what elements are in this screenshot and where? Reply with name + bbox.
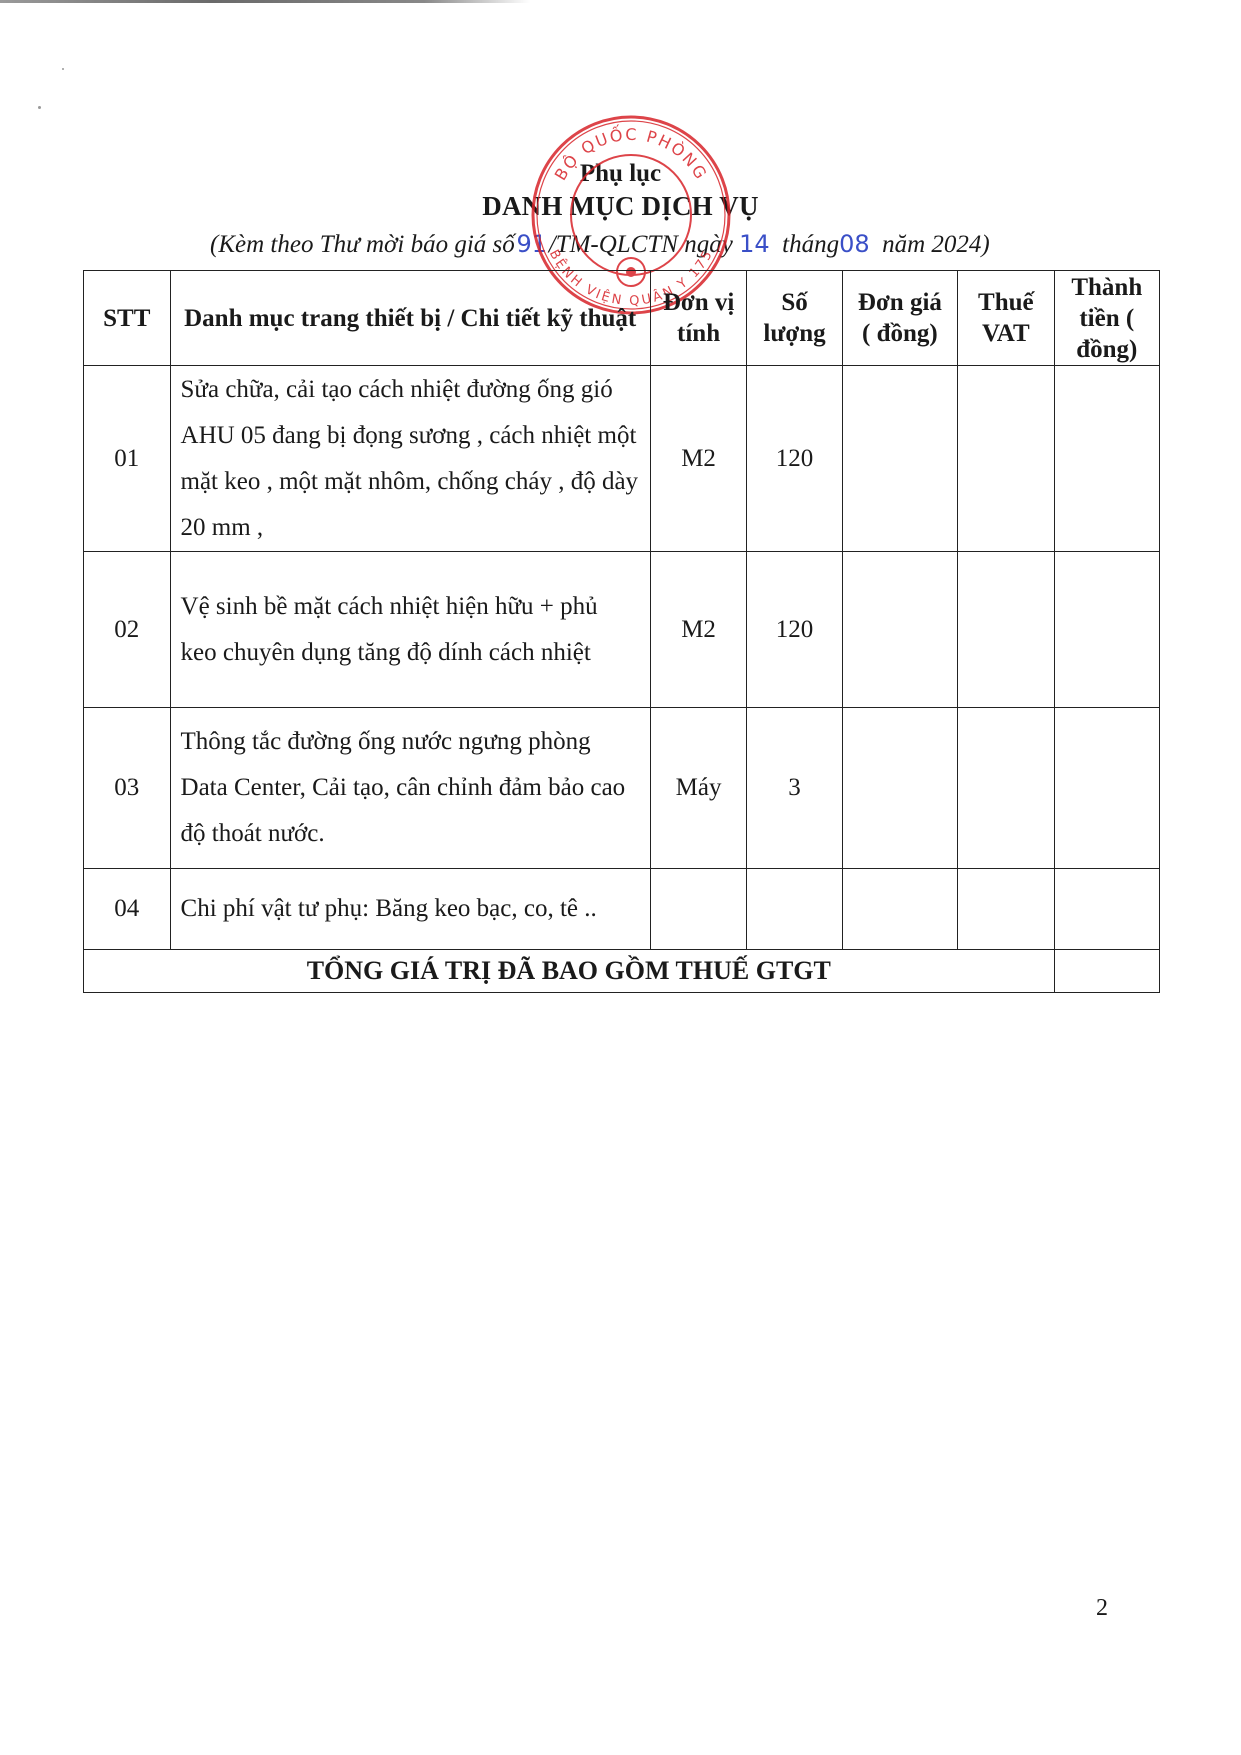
subtitle-month-label: tháng [782,231,839,258]
cell-quantity: 120 [747,552,842,708]
table-total-row: TỔNG GIÁ TRỊ ĐÃ BAO GỒM THUẾ GTGT [84,950,1160,993]
column-header-unit-price: Đơn giá ( đồng) [842,271,957,366]
column-header-amount: Thành tiền ( đồng) [1054,271,1159,366]
cell-stt: 01 [84,366,171,552]
cell-quantity: 3 [747,708,842,869]
column-header-quantity: Số lượng [747,271,842,366]
cell-amount [1054,869,1159,950]
cell-vat [958,552,1055,708]
document-subtitle: (Kèm theo Thư mời báo giá số91/TM-QLCTN … [210,230,990,259]
page-number: 2 [1096,1595,1108,1622]
handwritten-month: 08 [839,230,870,258]
service-items-table: STT Danh mục trang thiết bị / Chi tiết k… [83,270,1160,993]
column-header-stt: STT [84,271,171,366]
column-header-unit: Đơn vị tính [650,271,747,366]
document-title: DANH MỤC DỊCH VỤ [0,191,1241,222]
cell-quantity [747,869,842,950]
table-row: 03 Thông tắc đường ống nước ngưng phòng … [84,708,1160,869]
cell-amount [1054,708,1159,869]
cell-unit-price [842,366,957,552]
handwritten-day: 14 [739,230,770,258]
table-row: 04 Chi phí vật tư phụ: Băng keo bạc, co,… [84,869,1160,950]
scan-edge-artifact [0,0,530,3]
appendix-label: Phụ lục [0,160,1241,188]
scan-speck [38,106,41,109]
total-label: TỔNG GIÁ TRỊ ĐÃ BAO GỒM THUẾ GTGT [84,950,1055,993]
cell-unit: Máy [650,708,747,869]
cell-stt: 02 [84,552,171,708]
cell-vat [958,366,1055,552]
subtitle-day-label: ngày [684,231,733,258]
subtitle-ref-code: /TM-QLCTN [549,231,678,258]
cell-unit-price [842,708,957,869]
cell-unit [650,869,747,950]
scan-speck [62,68,64,70]
cell-quantity: 120 [747,366,842,552]
cell-unit-price [842,552,957,708]
cell-description: Sửa chữa, cải tạo cách nhiệt đường ống g… [170,366,650,552]
cell-unit-price [842,869,957,950]
cell-unit: M2 [650,552,747,708]
cell-vat [958,708,1055,869]
cell-description: Thông tắc đường ống nước ngưng phòng Dat… [170,708,650,869]
column-header-description: Danh mục trang thiết bị / Chi tiết kỹ th… [170,271,650,366]
handwritten-number: 91 [515,230,549,258]
column-header-vat: Thuế VAT [958,271,1055,366]
cell-stt: 04 [84,869,171,950]
cell-vat [958,869,1055,950]
table-row: 02 Vệ sinh bề mặt cách nhiệt hiện hữu + … [84,552,1160,708]
subtitle-year: năm 2024) [882,231,990,258]
cell-description: Chi phí vật tư phụ: Băng keo bạc, co, tê… [170,869,650,950]
table-row: 01 Sửa chữa, cải tạo cách nhiệt đường ốn… [84,366,1160,552]
cell-unit: M2 [650,366,747,552]
subtitle-prefix: (Kèm theo Thư mời báo giá số [210,231,515,258]
cell-stt: 03 [84,708,171,869]
total-value [1054,950,1159,993]
cell-amount [1054,366,1159,552]
table-header-row: STT Danh mục trang thiết bị / Chi tiết k… [84,271,1160,366]
cell-description: Vệ sinh bề mặt cách nhiệt hiện hữu + phủ… [170,552,650,708]
cell-amount [1054,552,1159,708]
